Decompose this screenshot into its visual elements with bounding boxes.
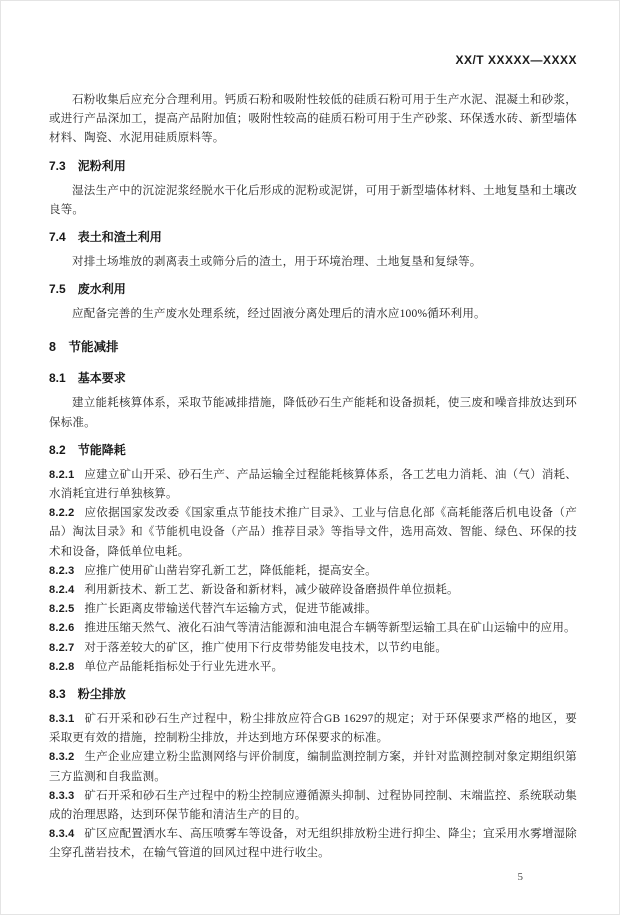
clause-8-2-6: 8.2.6推进压缩天然气、液化石油气等清洁能源和油电混合车辆等新型运输工具在矿山…: [49, 619, 577, 638]
page-footer: 5: [49, 871, 577, 883]
section-title: 废水利用: [78, 282, 126, 296]
clause-number: 8.2.3: [49, 565, 74, 577]
paragraph-topsoil: 对排土场堆放的剥离表土或筛分后的渣土，用于环境治理、土地复垦和复绿等。: [49, 253, 577, 272]
section-heading-8-3: 8.3粉尘排放: [49, 686, 577, 702]
clause-8-2-2: 8.2.2应依据国家发改委《国家重点节能技术推广目录》、工业与信息化部《高耗能落…: [49, 504, 577, 562]
section-number: 8.1: [49, 371, 66, 385]
paragraph-wastewater: 应配备完善的生产废水处理系统，经过固液分离处理后的清水应100%循环利用。: [49, 305, 577, 324]
clause-number: 8.3.3: [49, 790, 74, 802]
clause-8-2-8: 8.2.8单位产品能耗指标处于行业先进水平。: [49, 658, 577, 677]
section-title: 基本要求: [78, 371, 126, 385]
clause-number: 8.2.8: [49, 661, 74, 673]
page-number: 5: [518, 871, 524, 883]
paragraph-mud-powder: 湿法生产中的沉淀泥浆经脱水干化后形成的泥粉或泥饼，可用于新型墙体材料、土地复垦和…: [49, 182, 577, 220]
clause-number: 8.2.7: [49, 642, 74, 654]
paragraph-basic-requirements: 建立能耗核算体系，采取节能减排措施，降低砂石生产能耗和设备损耗，使三废和噪音排放…: [49, 394, 577, 432]
chapter-heading-8: 8节能减排: [49, 339, 577, 356]
paragraph-stone-powder: 石粉收集后应充分合理利用。钙质石粉和吸附性较低的硅质石粉可用于生产水泥、混凝土和…: [49, 91, 577, 149]
clause-number: 8.2.1: [49, 469, 74, 481]
section-heading-7-5: 7.5废水利用: [49, 281, 577, 297]
section-number: 7.3: [49, 159, 66, 173]
clause-text: 矿石开采和砂石生产过程中，粉尘排放应符合GB 16297的规定；对于环保要求严格…: [49, 713, 577, 744]
section-number: 8.2: [49, 443, 66, 457]
clause-number: 8.2.6: [49, 622, 74, 634]
clause-text: 应推广使用矿山凿岩穿孔新工艺，降低能耗，提高安全。: [84, 565, 377, 577]
clause-8-3-2: 8.3.2生产企业应建立粉尘监测网络与评价制度，编制监测控制方案，并针对监测控制…: [49, 748, 577, 786]
section-heading-7-3: 7.3泥粉利用: [49, 158, 577, 174]
clause-number: 8.2.4: [49, 584, 74, 596]
chapter-number: 8: [49, 340, 56, 354]
clause-number: 8.3.2: [49, 751, 74, 763]
clause-8-2-7: 8.2.7对于落差较大的矿区，推广使用下行皮带势能发电技术，以节约电能。: [49, 639, 577, 658]
section-heading-8-1: 8.1基本要求: [49, 370, 577, 386]
clause-number: 8.3.1: [49, 713, 74, 725]
section-title: 表土和渣土利用: [78, 230, 162, 244]
clause-number: 8.2.2: [49, 507, 74, 519]
clause-8-3-4: 8.3.4矿区应配置洒水车、高压喷雾车等设备，对无组织排放粉尘进行抑尘、降尘；宜…: [49, 825, 577, 863]
clause-8-2-5: 8.2.5推广长距离皮带输送代替汽车运输方式，促进节能减排。: [49, 600, 577, 619]
clause-text: 利用新技术、新工艺、新设备和新材料，减少破碎设备磨损件单位损耗。: [84, 584, 458, 596]
clause-8-2-1: 8.2.1应建立矿山开采、砂石生产、产品运输全过程能耗核算体系，各工艺电力消耗、…: [49, 466, 577, 504]
section-heading-7-4: 7.4表土和渣土利用: [49, 229, 577, 245]
clause-text: 对于落差较大的矿区，推广使用下行皮带势能发电技术，以节约电能。: [84, 642, 447, 654]
section-number: 8.3: [49, 687, 66, 701]
clause-8-2-4: 8.2.4利用新技术、新工艺、新设备和新材料，减少破碎设备磨损件单位损耗。: [49, 581, 577, 600]
section-title: 节能降耗: [78, 443, 126, 457]
standard-code-header: XX/T XXXXX—XXXX: [49, 53, 577, 67]
clause-8-3-1: 8.3.1矿石开采和砂石生产过程中，粉尘排放应符合GB 16297的规定；对于环…: [49, 710, 577, 748]
section-number: 7.4: [49, 230, 66, 244]
clause-text: 推广长距离皮带输送代替汽车运输方式，促进节能减排。: [84, 603, 377, 615]
clause-text: 应建立矿山开采、砂石生产、产品运输全过程能耗核算体系，各工艺电力消耗、油（气）消…: [49, 469, 577, 500]
clause-text: 矿区应配置洒水车、高压喷雾车等设备，对无组织排放粉尘进行抑尘、降尘；宜采用水雾增…: [49, 828, 577, 859]
clause-text: 推进压缩天然气、液化石油气等清洁能源和油电混合车辆等新型运输工具在矿山运输中的应…: [84, 622, 575, 634]
clause-text: 矿石开采和砂石生产过程中的粉尘控制应遵循源头抑制、过程协同控制、末端监控、系统联…: [49, 790, 577, 821]
clause-8-3-3: 8.3.3矿石开采和砂石生产过程中的粉尘控制应遵循源头抑制、过程协同控制、末端监…: [49, 787, 577, 825]
clause-number: 8.2.5: [49, 603, 74, 615]
section-title: 泥粉利用: [78, 159, 126, 173]
clause-text: 应依据国家发改委《国家重点节能技术推广目录》、工业与信息化部《高耗能落后机电设备…: [49, 507, 577, 557]
clause-8-2-3: 8.2.3应推广使用矿山凿岩穿孔新工艺，降低能耗，提高安全。: [49, 562, 577, 581]
clause-text: 单位产品能耗指标处于行业先进水平。: [84, 661, 283, 673]
section-heading-8-2: 8.2节能降耗: [49, 442, 577, 458]
section-number: 7.5: [49, 282, 66, 296]
document-page: XX/T XXXXX—XXXX 石粉收集后应充分合理利用。钙质石粉和吸附性较低的…: [0, 0, 620, 915]
clause-number: 8.3.4: [49, 828, 74, 840]
section-title: 粉尘排放: [78, 687, 126, 701]
clause-text: 生产企业应建立粉尘监测网络与评价制度，编制监测控制方案，并针对监测控制对象定期组…: [49, 751, 577, 782]
chapter-title: 节能减排: [68, 340, 118, 354]
